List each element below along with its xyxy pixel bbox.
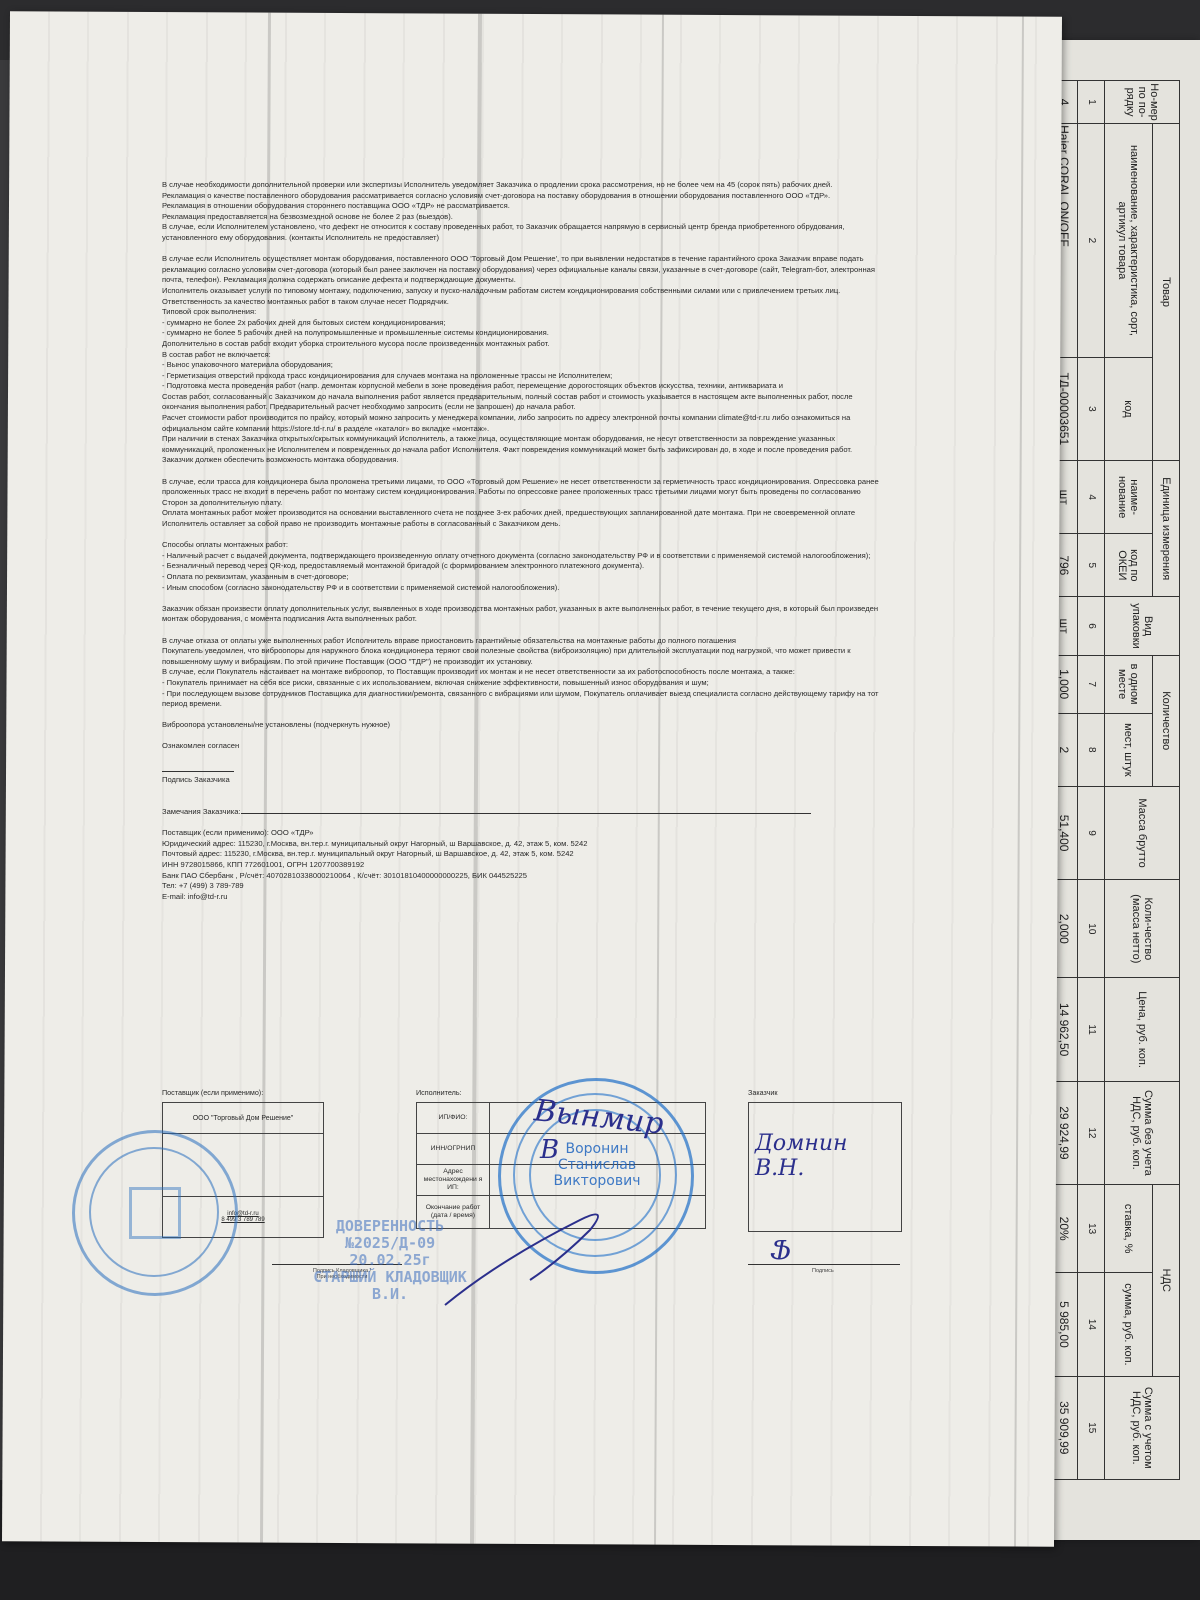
list-item: - Безналичный перевод через QR-код, пред… bbox=[162, 561, 882, 572]
list-item: - Герметизация отверстий прохода трасс к… bbox=[162, 371, 882, 382]
col-number: 12 bbox=[1077, 1081, 1104, 1184]
supplier-info-line: E-mail: info@td-r.ru bbox=[162, 892, 882, 903]
list-item: - Оплата по реквизитам, указанным в счет… bbox=[162, 572, 882, 583]
executor-row-label: ИП/ФИО: bbox=[417, 1103, 490, 1134]
customer-sign-caption: Подпись bbox=[812, 1268, 834, 1274]
paragraph: Заказчик обязан произвести оплату дополн… bbox=[162, 604, 882, 625]
col-number: 3 bbox=[1077, 357, 1104, 460]
list-item: - Иным способом (согласно законодательст… bbox=[162, 583, 882, 594]
supplier-info-line: Банк ПАО Сбербанк , Р/счёт: 407028103380… bbox=[162, 871, 882, 882]
list-item: - При последующем вызове сотрудников Пос… bbox=[162, 689, 882, 710]
paragraph: Исполнитель оказывает услуги по типовому… bbox=[162, 286, 882, 307]
payment-title: Способы оплаты монтажных работ: bbox=[162, 540, 882, 551]
remarks-line bbox=[241, 813, 811, 814]
executor-block-label: Исполнитель: bbox=[416, 1088, 462, 1097]
header-quantity: Количество bbox=[1153, 655, 1180, 786]
customer-block: Домнин В.Н. bbox=[748, 1102, 902, 1232]
paragraph: Оплата монтажных работ может производитс… bbox=[162, 508, 882, 529]
col-number: 8 bbox=[1077, 713, 1104, 786]
customer-handwritten-name: Домнин В.Н. bbox=[755, 1131, 901, 1181]
supplier-info-line: Почтовый адрес: 115230, г.Москва, вн.тер… bbox=[162, 849, 882, 860]
invoice-table-container: Но-мер по по-рядку Товар Единица измерен… bbox=[1040, 80, 1180, 1480]
executor-initials-icon: В bbox=[540, 1135, 559, 1165]
customer-block-label: Заказчик bbox=[748, 1088, 778, 1097]
col-number: 9 bbox=[1077, 786, 1104, 879]
paragraph: В случае, если Исполнителем установлено,… bbox=[162, 222, 882, 243]
customer-signature-line bbox=[162, 763, 234, 772]
col-number: 15 bbox=[1077, 1376, 1104, 1479]
header-num: Но-мер по по-рядку bbox=[1104, 81, 1179, 124]
customer-signature-label: Подпись Заказчика bbox=[162, 775, 882, 786]
header-vat-rate: ставка, % bbox=[1104, 1185, 1152, 1273]
print-streak bbox=[1014, 17, 1024, 1547]
paragraph: Состав работ, согласованный с Заказчиком… bbox=[162, 392, 882, 413]
paragraph: Расчет стоимости работ производится по п… bbox=[162, 413, 882, 434]
header-price: Цена, руб. коп. bbox=[1104, 978, 1179, 1081]
col-number: 1 bbox=[1077, 81, 1104, 124]
col-number: 2 bbox=[1077, 124, 1104, 358]
paragraph: В случае, если Покупатель настаивает на … bbox=[162, 667, 882, 678]
header-sum-no-vat: Сумма без учета НДС, руб. коп. bbox=[1104, 1081, 1179, 1184]
header-per-place: в одном месте bbox=[1104, 655, 1152, 713]
header-unit-name: наиме-нование bbox=[1104, 461, 1152, 534]
header-vat-sum: сумма, руб. коп. bbox=[1104, 1273, 1152, 1376]
list-item: - Наличный расчет с выдачей документа, п… bbox=[162, 551, 882, 562]
paragraph: В случае отказа от оплаты уже выполненны… bbox=[162, 636, 882, 647]
col-number: 5 bbox=[1077, 534, 1104, 597]
paragraph: Покупатель уведомлен, что виброопоры для… bbox=[162, 646, 882, 667]
header-goods-name: наименование, характеристика, сорт, арти… bbox=[1104, 124, 1152, 358]
supplier-company: ООО "Торговый Дом Решение" bbox=[163, 1103, 324, 1134]
list-item: - суммарно не более 5 рабочих дней на по… bbox=[162, 328, 882, 339]
supplier-info-line: ИНН 9728015866, КПП 772601001, ОГРН 1207… bbox=[162, 860, 882, 871]
supplier-company-stamp-icon bbox=[72, 1130, 238, 1296]
executor-stamp-line: Викторович bbox=[537, 1173, 657, 1189]
supplier-info-line: Поставщик (если применимо): ООО «ТДР» bbox=[162, 828, 882, 839]
header-sum-with-vat: Сумма с учетом НДС, руб. коп. bbox=[1104, 1376, 1179, 1479]
supplier-info-line: Юридический адрес: 115230, г.Москва, вн.… bbox=[162, 839, 882, 850]
col-number: 10 bbox=[1077, 880, 1104, 978]
col-number: 6 bbox=[1077, 597, 1104, 655]
col-number: 13 bbox=[1077, 1185, 1104, 1273]
supplier-block-label: Поставщик (если применимо): bbox=[162, 1088, 263, 1097]
invoice-table: Но-мер по по-рядку Товар Единица измерен… bbox=[1050, 80, 1180, 1480]
header-package: Вид упаковки bbox=[1104, 597, 1179, 655]
header-code: код bbox=[1104, 357, 1152, 460]
customer-signature-icon: Ֆ bbox=[770, 1236, 791, 1266]
header-places: мест, штук bbox=[1104, 713, 1152, 786]
remarks-label: Замечания Заказчика: bbox=[162, 807, 241, 816]
header-goods: Товар bbox=[1153, 124, 1180, 461]
header-vat: НДС bbox=[1153, 1185, 1180, 1377]
paragraph: Рекламация предоставляется на безвозмезд… bbox=[162, 212, 882, 223]
list-item: - суммарно не более 2х рабочих дней для … bbox=[162, 318, 882, 329]
header-unit: Единица измерения bbox=[1153, 461, 1180, 597]
header-net: Коли-чество (масса нетто) bbox=[1104, 880, 1179, 978]
paragraph: В состав работ не включается: bbox=[162, 350, 882, 361]
act-text: В случае необходимости дополнительной пр… bbox=[162, 180, 882, 902]
paragraph: Рекламация о качестве поставленного обор… bbox=[162, 191, 882, 202]
paragraph: В случае необходимости дополнительной пр… bbox=[162, 180, 882, 191]
executor-row-label: ИНН/ОГРНИП bbox=[417, 1134, 490, 1165]
list-item: - Подготовка места проведения работ (нап… bbox=[162, 381, 882, 392]
col-number: 11 bbox=[1077, 978, 1104, 1081]
list-item: - Вынос упаковочного материала оборудова… bbox=[162, 360, 882, 371]
vibro-note: Виброопора установлены/не установлены (п… bbox=[162, 720, 882, 731]
executor-row-label: Адрес местонахождени я ИП: bbox=[417, 1165, 490, 1196]
executor-signature-stroke-icon bbox=[440, 1200, 640, 1310]
header-okei: код по ОКЕИ bbox=[1104, 534, 1152, 597]
list-item: - Покупатель принимает на себя все риски… bbox=[162, 678, 882, 689]
paragraph: В случае, если трасса для кондиционера б… bbox=[162, 477, 882, 509]
col-number: 4 bbox=[1077, 461, 1104, 534]
paragraph: Дополнительно в состав работ входит убор… bbox=[162, 339, 882, 350]
paragraph: В случае если Исполнитель осуществляет м… bbox=[162, 254, 882, 286]
supplier-info-line: Тел: +7 (499) 3 789-789 bbox=[162, 881, 882, 892]
paragraph: При наличии в стенах Заказчика открытых/… bbox=[162, 434, 882, 466]
header-gross: Масса брутто bbox=[1104, 786, 1179, 879]
agreed-text: Ознакомлен согласен bbox=[162, 741, 882, 752]
paragraph: Рекламация в отношении оборудования стор… bbox=[162, 201, 882, 212]
col-number: 14 bbox=[1077, 1273, 1104, 1376]
paragraph: Типовой срок выполнения: bbox=[162, 307, 882, 318]
col-number: 7 bbox=[1077, 655, 1104, 713]
